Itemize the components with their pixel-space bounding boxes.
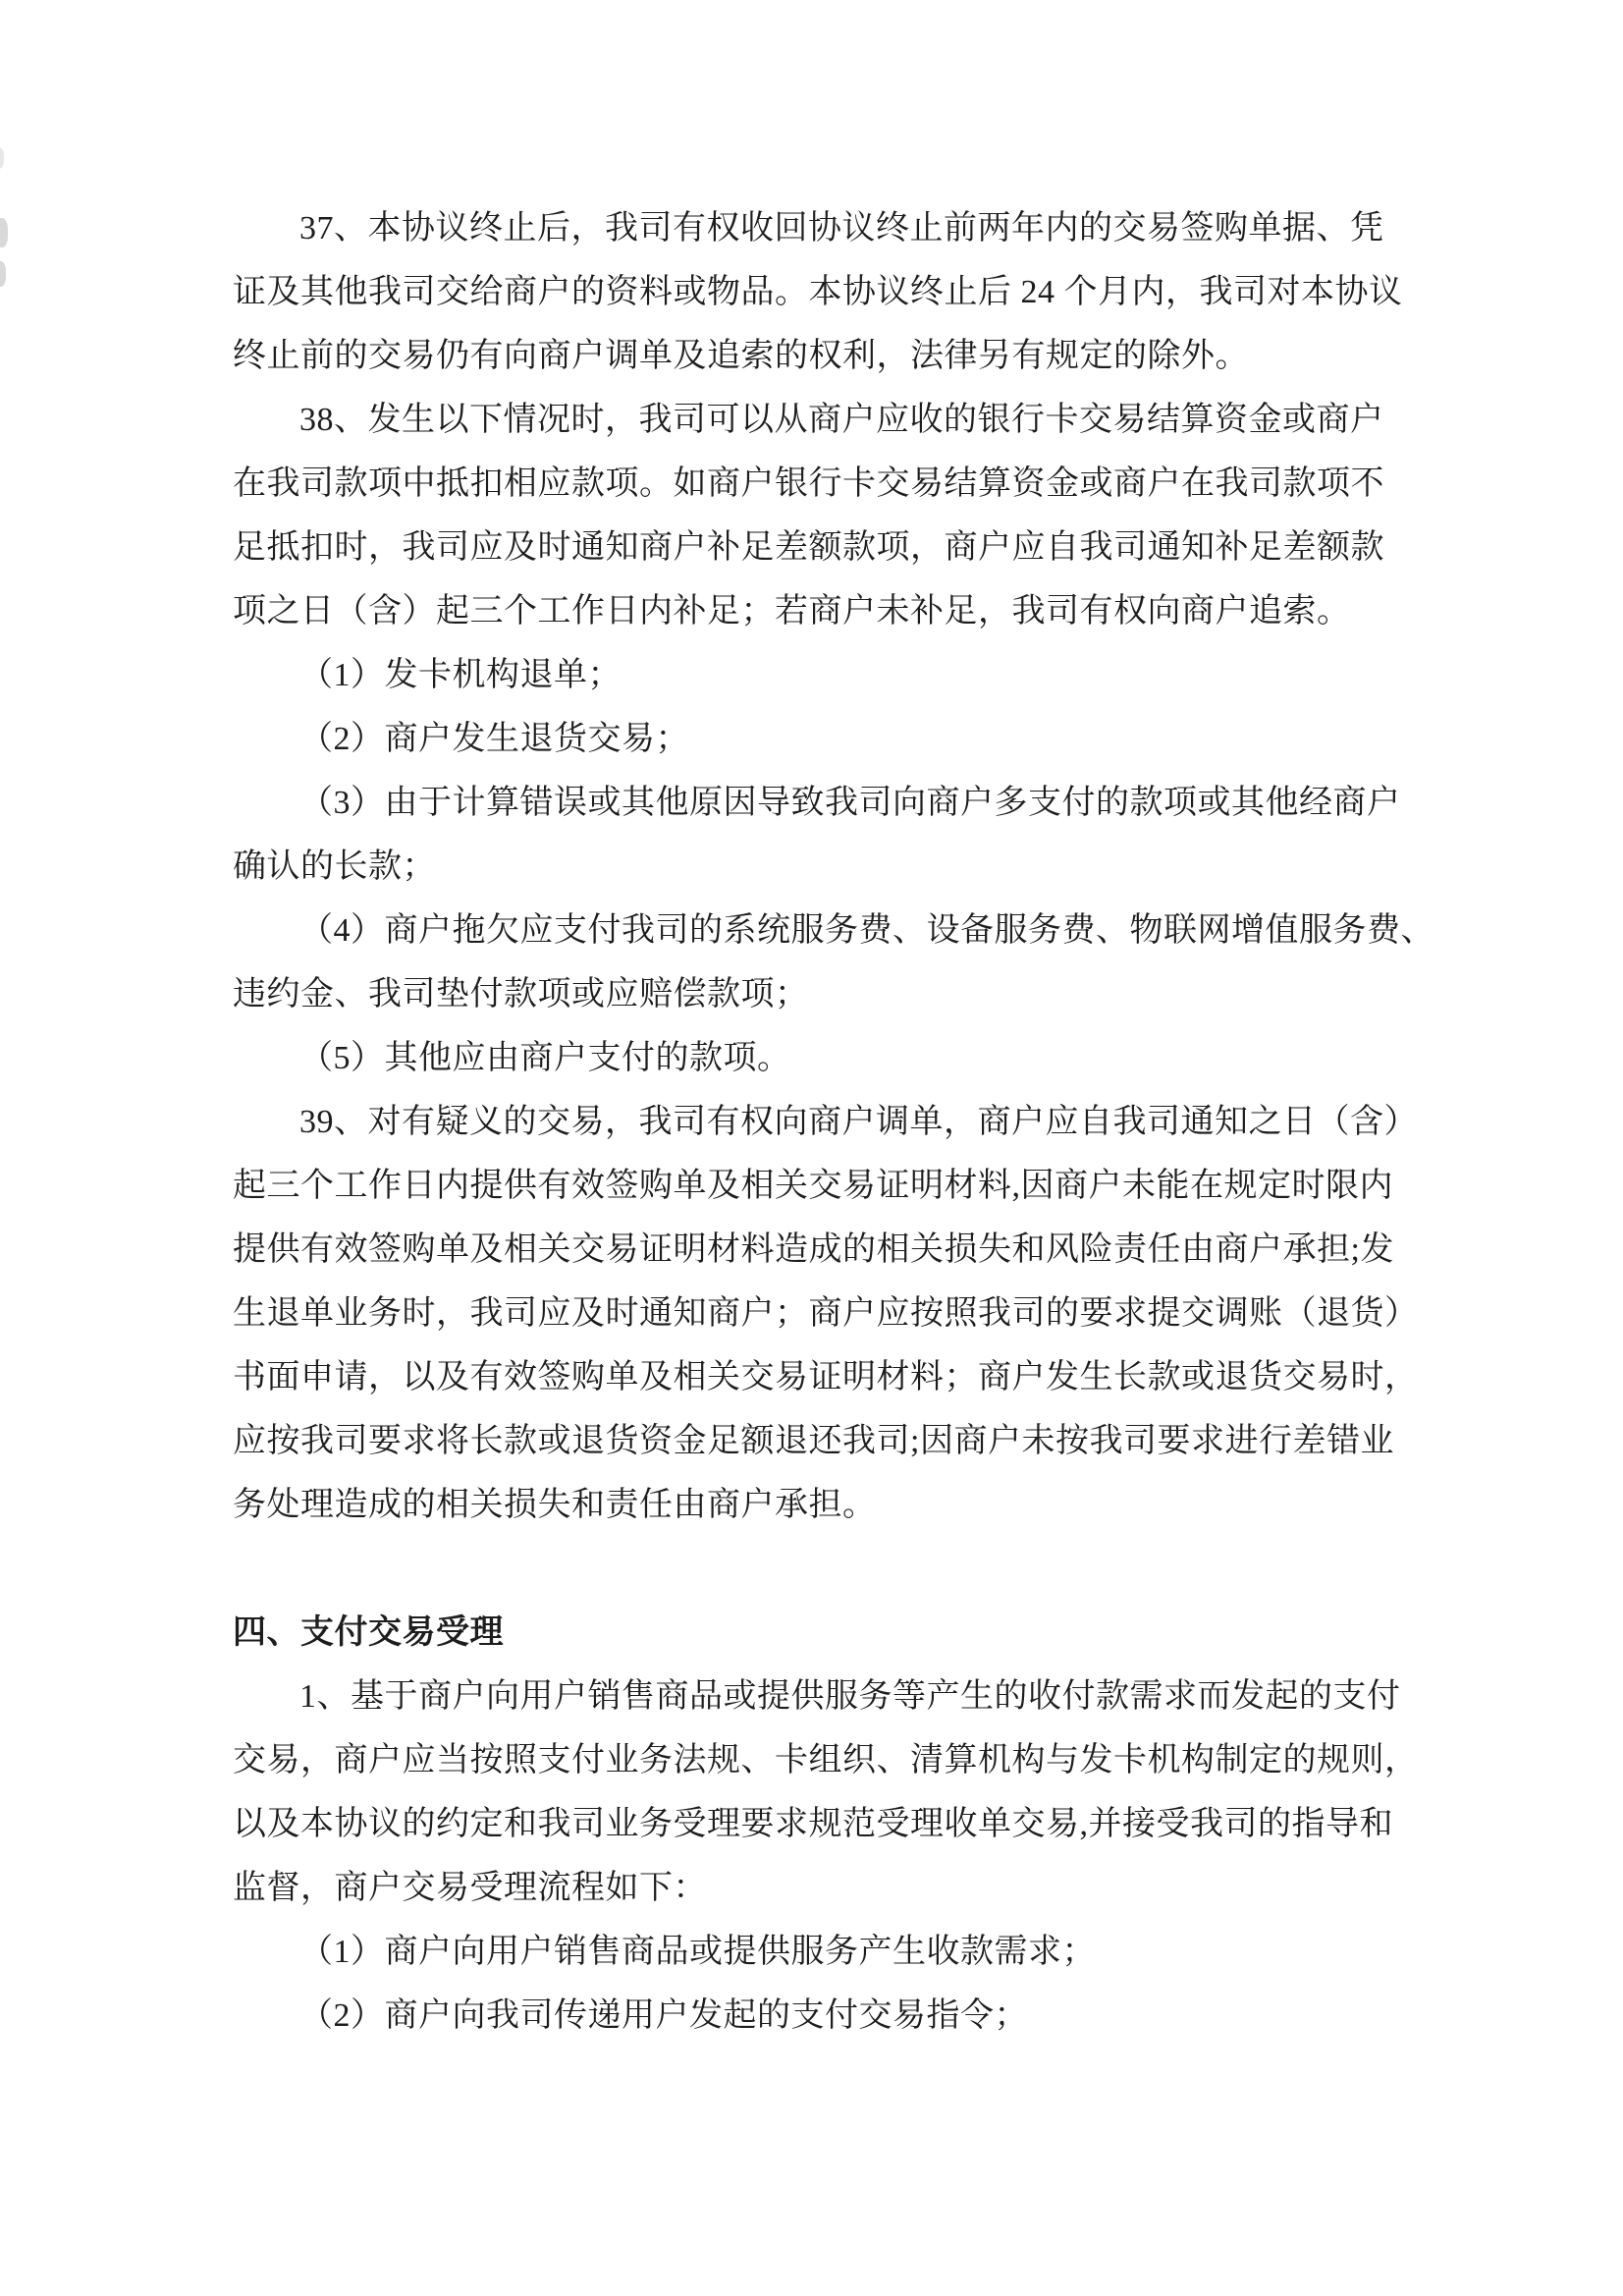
text-line: 提供有效签购单及相关交易证明材料造成的相关损失和风险责任由商户承担;发 — [233, 1218, 1391, 1282]
text-line: （1）商户向用户销售商品或提供服务产生收款需求； — [233, 1920, 1391, 1984]
text-line: 确认的长款； — [233, 835, 1391, 899]
text-line: （5）其他应由商户支付的款项。 — [233, 1026, 1391, 1090]
text-line: 足抵扣时，我司应及时通知商户补足差额款项，商户应自我司通知补足差额款 — [233, 516, 1391, 579]
document-body: 37、本协议终止后，我司有权收回协议终止前两年内的交易签购单据、凭证及其他我司交… — [233, 196, 1391, 2048]
text-line: 证及其他我司交给商户的资料或物品。本协议终止后 24 个月内，我司对本协议 — [233, 260, 1391, 324]
text-line: （1）发卡机构退单； — [233, 643, 1391, 707]
text-line: 书面申请，以及有效签购单及相关交易证明材料；商户发生长款或退货交易时， — [233, 1345, 1391, 1409]
text-line: （4）商户拖欠应支付我司的系统服务费、设备服务费、物联网增值服务费、 — [233, 899, 1391, 962]
text-line: 终止前的交易仍有向商户调单及追索的权利，法律另有规定的除外。 — [233, 324, 1391, 388]
text-line: 违约金、我司垫付款项或应赔偿款项； — [233, 962, 1391, 1026]
text-line: 在我司款项中抵扣相应款项。如商户银行卡交易结算资金或商户在我司款项不 — [233, 452, 1391, 516]
text-line: （3）由于计算错误或其他原因导致我司向商户多支付的款项或其他经商户 — [233, 771, 1391, 835]
text-line: 39、对有疑义的交易，我司有权向商户调单，商户应自我司通知之日（含） — [233, 1090, 1391, 1154]
section-heading: 四、支付交易受理 — [233, 1601, 1391, 1665]
text-line: 监督，商户交易受理流程如下： — [233, 1856, 1391, 1920]
text-line: 项之日（含）起三个工作日内补足；若商户未补足，我司有权向商户追索。 — [233, 579, 1391, 643]
scanned-document-page: 37、本协议终止后，我司有权收回协议终止前两年内的交易签购单据、凭证及其他我司交… — [0, 0, 1623, 2296]
text-line: 1、基于商户向用户销售商品或提供服务等产生的收付款需求而发起的支付 — [233, 1665, 1391, 1728]
text-line: 交易，商户应当按照支付业务法规、卡组织、清算机构与发卡机构制定的规则， — [233, 1728, 1391, 1792]
scan-artifact — [0, 218, 8, 247]
scan-artifact — [0, 147, 4, 169]
text-line: 务处理造成的相关损失和责任由商户承担。 — [233, 1473, 1391, 1537]
text-line: 起三个工作日内提供有效签购单及相关交易证明材料,因商户未能在规定时限内 — [233, 1154, 1391, 1218]
text-line: （2）商户向我司传递用户发起的支付交易指令； — [233, 1984, 1391, 2048]
scan-artifact — [0, 261, 6, 287]
text-line: 37、本协议终止后，我司有权收回协议终止前两年内的交易签购单据、凭 — [233, 196, 1391, 260]
text-line: 以及本协议的约定和我司业务受理要求规范受理收单交易,并接受我司的指导和 — [233, 1792, 1391, 1856]
text-line: 38、发生以下情况时，我司可以从商户应收的银行卡交易结算资金或商户 — [233, 388, 1391, 452]
text-line: 生退单业务时，我司应及时通知商户；商户应按照我司的要求提交调账（退货） — [233, 1282, 1391, 1345]
text-line: （2）商户发生退货交易； — [233, 707, 1391, 771]
text-line: 应按我司要求将长款或退货资金足额退还我司;因商户未按我司要求进行差错业 — [233, 1409, 1391, 1473]
